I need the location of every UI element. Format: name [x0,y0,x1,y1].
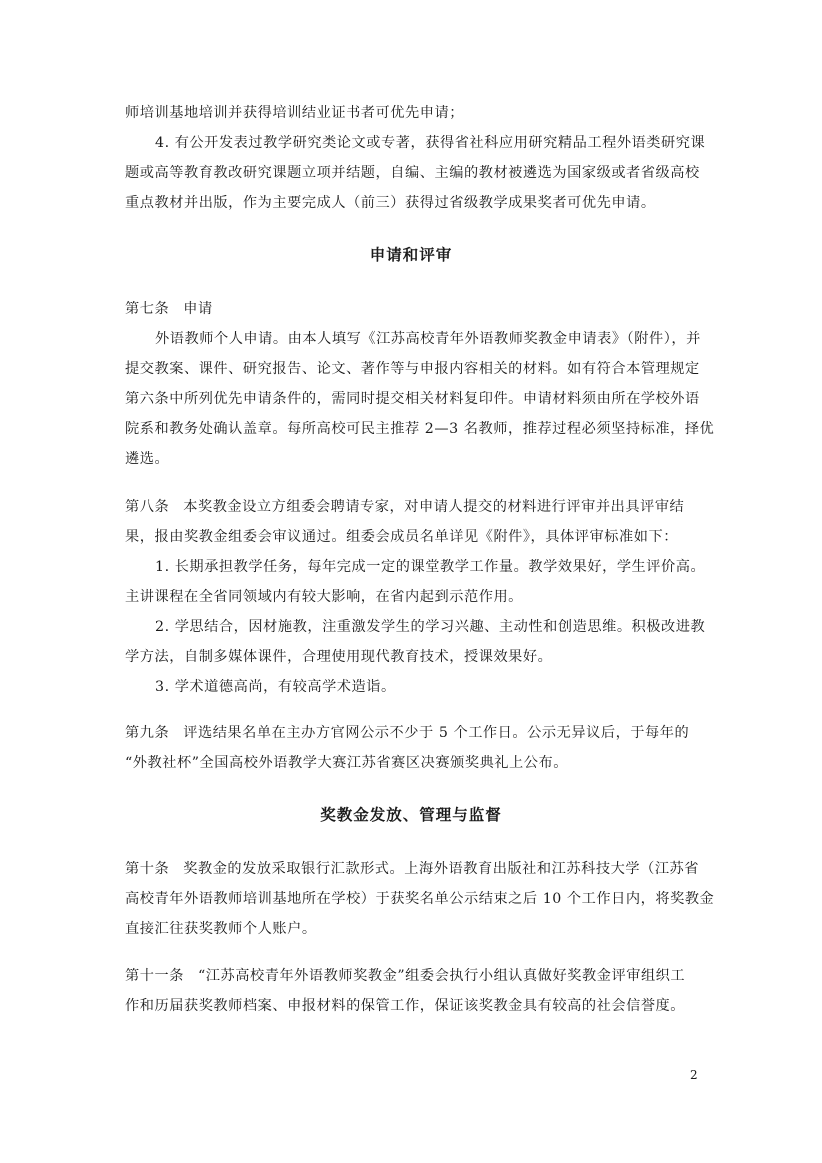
paragraph-line: 学方法，自制多媒体课件，合理使用现代教育技术，授课效果好。 [125,647,700,667]
paragraph-line: 外语教师个人申请。由本人填写《江苏高校青年外语教师奖教金申请表》（附件），并 [155,329,700,349]
article-label: 第十一条 [125,966,184,986]
paragraph-line: 4. 有公开发表过教学研究类论文或专著，获得省社科应用研究精品工程外语类研究课 [155,133,700,153]
article-label: 第九条 [125,723,169,743]
paragraph-line: 院系和教务处确认盖章。每所高校可民主推荐 2—3 名教师，推荐过程必须坚持标准，… [125,419,700,439]
paragraph-line: 主讲课程在全省同领域内有较大影响，在省内起到示范作用。 [125,587,700,607]
paragraph-text: 本奖教金设立方组委会聘请专家，对申请人提交的材料进行评审并出具评审结 [183,499,684,515]
article-title: 申请 [183,301,212,317]
section-heading: 奖教金发放、管理与监督 [0,804,822,826]
article-label: 第八条 [125,497,169,517]
paragraph-line: 直接汇往获奖教师个人账户。 [125,919,700,939]
paragraph-line: 题或高等教育教改研究课题立项并结题，自编、主编的教材被遴选为国家级或者省级高校 [125,163,700,183]
document-page: 师培训基地培训并获得培训结业证书者可优先申请； 4. 有公开发表过教学研究类论文… [0,0,822,1163]
criteria-item: 2. 学思结合，因材施教，注重激发学生的学习兴趣、主动性和创造思维。积极改进教 [155,617,700,637]
article-paragraph: 第九条评选结果名单在主办方官网公示不少于 5 个工作日。公示无异议后，于每年的 [125,723,700,743]
paragraph-text: “江苏高校青年外语教师奖教金”组委会执行小组认真做好奖教金评审组织工 [198,968,685,984]
paragraph-line: 第六条中所列优先申请条件的，需同时提交相关材料复印件。申请材料须由所在学校外语 [125,389,700,409]
section-heading: 申请和评审 [0,244,822,266]
article-label: 第十条 [125,859,169,879]
article-paragraph: 第十一条“江苏高校青年外语教师奖教金”组委会执行小组认真做好奖教金评审组织工 [125,966,700,986]
paragraph-line: 果，报由奖教金组委会审议通过。组委会成员名单详见《附件》，具体评审标准如下： [125,527,700,547]
paragraph-line: 作和历届获奖教师档案、申报材料的保管工作，保证该奖教金具有较高的社会信誉度。 [125,996,700,1016]
paragraph-text: 奖教金的发放采取银行汇款形式。上海外语教育出版社和江苏科技大学（江苏省 [183,861,699,877]
paragraph-line: 高校青年外语教师培训基地所在学校）于获奖名单公示结束之后 10 个工作日内，将奖… [125,889,700,909]
criteria-item: 3. 学术道德高尚，有较高学术造诣。 [155,677,700,697]
article-paragraph: 第八条本奖教金设立方组委会聘请专家，对申请人提交的材料进行评审并出具评审结 [125,497,700,517]
paragraph-line: 师培训基地培训并获得培训结业证书者可优先申请； [125,103,700,123]
article-label: 第七条 [125,299,169,319]
paragraph-line: 提交教案、课件、研究报告、论文、著作等与申报内容相关的材料。如有符合本管理规定 [125,359,700,379]
article-paragraph: 第十条奖教金的发放采取银行汇款形式。上海外语教育出版社和江苏科技大学（江苏省 [125,859,700,879]
paragraph-line: “外教社杯”全国高校外语教学大赛江苏省赛区决赛颁奖典礼上公布。 [125,753,700,773]
paragraph-line: 遴选。 [125,449,700,469]
criteria-item: 1. 长期承担教学任务，每年完成一定的课堂教学工作量。教学效果好，学生评价高。 [155,557,700,577]
article-heading: 第七条申请 [125,299,700,319]
page-number: 2 [690,1068,698,1082]
paragraph-text: 评选结果名单在主办方官网公示不少于 5 个工作日。公示无异议后，于每年的 [183,725,689,741]
paragraph-line: 重点教材并出版，作为主要完成人（前三）获得过省级教学成果奖者可优先申请。 [125,193,700,213]
